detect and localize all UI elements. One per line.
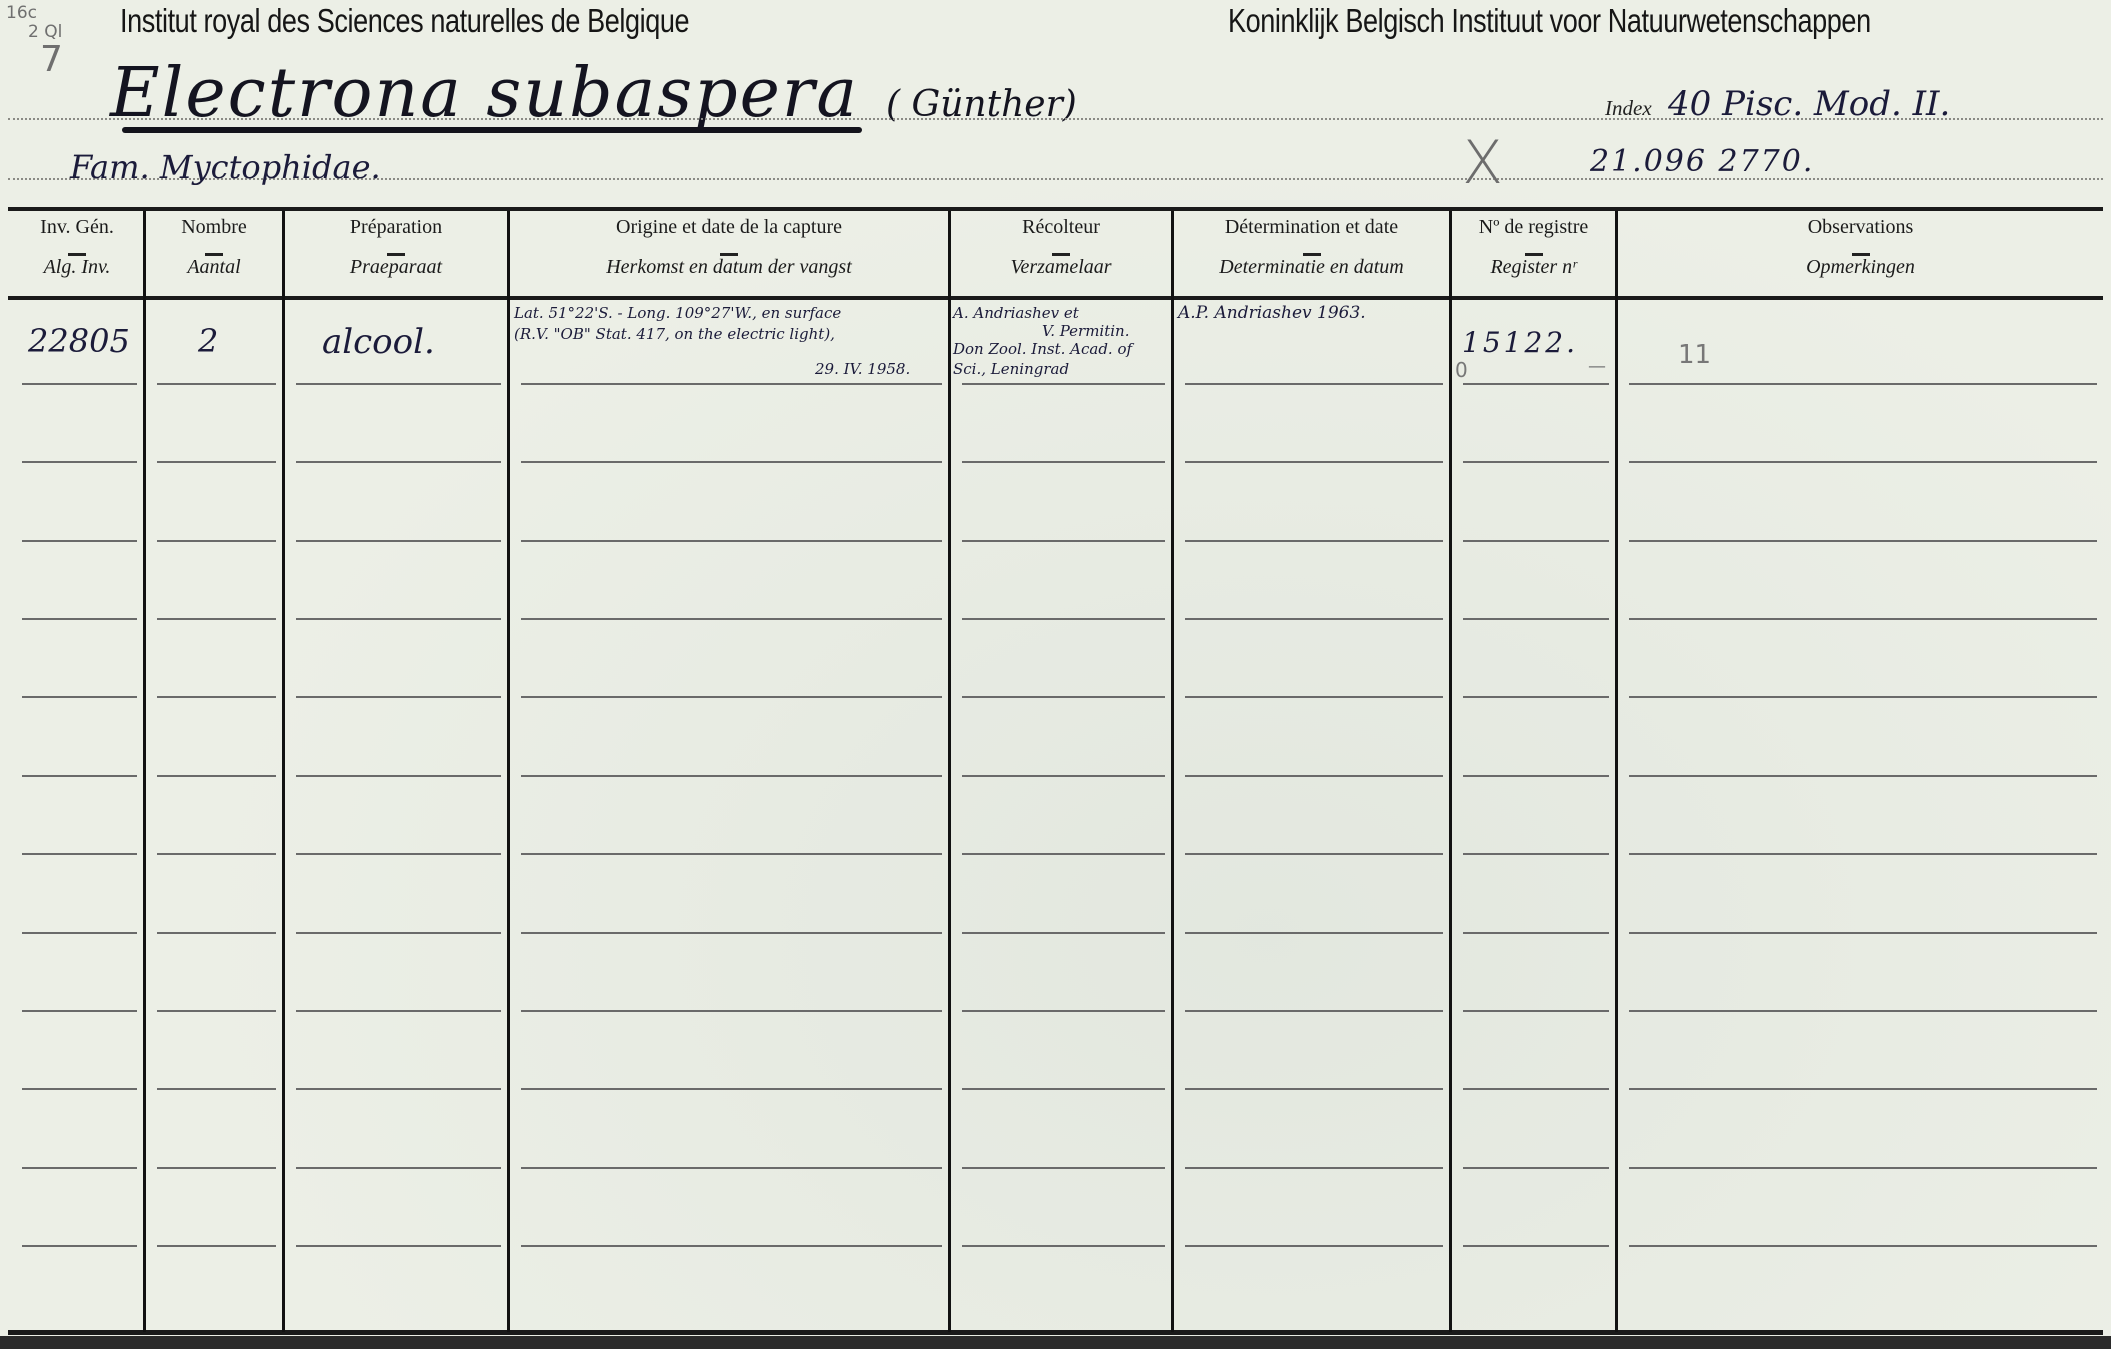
row-rule: [296, 775, 501, 777]
row-rule: [157, 775, 276, 777]
column-header-dutch: Aantal: [146, 254, 282, 280]
index-value: 40 Pisc. Mod. II.: [1668, 84, 1950, 124]
row-rule: [962, 540, 1165, 542]
row-rule: [962, 383, 1165, 385]
row-rule: [1463, 1167, 1609, 1169]
row-rule: [1463, 853, 1609, 855]
row-rule: [1185, 853, 1443, 855]
column-divider: [1449, 211, 1452, 1332]
row-rule: [1629, 1245, 2097, 1247]
row-rule: [22, 540, 137, 542]
column-header-french: Nombre: [146, 214, 282, 240]
cell-collector-line: Sci., Leningrad: [953, 360, 1069, 379]
institute-name-dutch: Koninklijk Belgisch Instituut voor Natuu…: [1228, 2, 1871, 40]
header-dash: [146, 240, 282, 254]
column-divider: [1615, 211, 1618, 1332]
row-rule: [962, 618, 1165, 620]
row-rule: [521, 461, 942, 463]
institute-name-french: Institut royal des Sciences naturelles d…: [120, 2, 689, 40]
table-top-border: [8, 207, 2103, 211]
row-rule: [521, 1167, 942, 1169]
row-rule: [157, 540, 276, 542]
row-rule: [1629, 775, 2097, 777]
row-rule: [1185, 1245, 1443, 1247]
row-rule: [1463, 1245, 1609, 1247]
row-rule: [157, 1088, 276, 1090]
row-rule: [1463, 932, 1609, 934]
cell-collector-line: A. Andriashev et: [953, 304, 1079, 323]
cell-origin-line: Lat. 51°22'S. - Long. 109°27'W., en surf…: [514, 304, 841, 323]
row-rule: [1629, 696, 2097, 698]
row-rule: [22, 1010, 137, 1012]
cell-register-pencil-mark: 0: [1455, 358, 1468, 382]
row-rule: [157, 696, 276, 698]
cell-register-number: 15122.: [1462, 326, 1578, 359]
row-rule: [22, 932, 137, 934]
row-rule: [296, 853, 501, 855]
row-rule: [1629, 853, 2097, 855]
row-rule: [962, 1088, 1165, 1090]
row-rule: [962, 775, 1165, 777]
row-rule: [521, 853, 942, 855]
row-rule: [1185, 461, 1443, 463]
column-header-french: Détermination et date: [1174, 214, 1449, 240]
column-header-dutch: Determinatie en datum: [1174, 254, 1449, 280]
column-header-french: Préparation: [285, 214, 507, 240]
cell-origin-line: (R.V. "OB" Stat. 417, on the electric li…: [514, 325, 835, 344]
column-header: ObservationsOpmerkingen: [1618, 214, 2103, 280]
row-rule: [296, 1010, 501, 1012]
header-dash: [285, 240, 507, 254]
row-rule: [962, 461, 1165, 463]
row-rule: [962, 1010, 1165, 1012]
row-rule: [157, 1010, 276, 1012]
row-rule: [1463, 540, 1609, 542]
row-rule: [521, 932, 942, 934]
column-header-french: Récolteur: [951, 214, 1171, 240]
row-rule: [1185, 1010, 1443, 1012]
row-rule: [1185, 383, 1443, 385]
header-dash: [11, 240, 143, 254]
row-rule: [22, 1167, 137, 1169]
row-rule: [22, 853, 137, 855]
row-rule: [1629, 1167, 2097, 1169]
row-rule: [1463, 461, 1609, 463]
column-header-french: Origine et date de la capture: [510, 214, 948, 240]
column-header-dutch: Alg. Inv.: [11, 254, 143, 280]
row-rule: [22, 696, 137, 698]
row-rule: [1629, 1088, 2097, 1090]
column-header: Inv. Gén.Alg. Inv.: [11, 214, 143, 280]
row-rule: [962, 1167, 1165, 1169]
cell-preparation: alcool.: [322, 322, 435, 362]
table-bottom-border: [8, 1330, 2103, 1335]
row-rule: [22, 775, 137, 777]
margin-note: 16c: [6, 4, 76, 23]
cell-count: 2: [198, 322, 218, 360]
column-divider: [948, 211, 951, 1332]
row-rule: [1185, 696, 1443, 698]
row-rule: [296, 1167, 501, 1169]
row-rule: [1629, 618, 2097, 620]
row-rule: [962, 932, 1165, 934]
cell-origin-date: 29. IV. 1958.: [815, 360, 910, 379]
row-rule: [296, 618, 501, 620]
row-rule: [1629, 932, 2097, 934]
row-rule: [1463, 775, 1609, 777]
column-header: RécolteurVerzamelaar: [951, 214, 1171, 280]
cell-inventory: 22805: [28, 322, 130, 360]
row-rule: [1185, 775, 1443, 777]
row-rule: [521, 696, 942, 698]
row-rule: [157, 618, 276, 620]
species-underline: [122, 127, 862, 133]
row-rule: [521, 540, 942, 542]
row-rule: [521, 618, 942, 620]
header-dash: [1452, 240, 1615, 254]
row-rule: [1185, 1088, 1443, 1090]
margin-note: 7: [40, 42, 76, 78]
row-rule: [1463, 1010, 1609, 1012]
column-divider: [1171, 211, 1174, 1332]
row-rule: [1629, 1010, 2097, 1012]
row-rule: [157, 1245, 276, 1247]
row-rule: [962, 696, 1165, 698]
row-rule: [157, 461, 276, 463]
row-rule: [1185, 1167, 1443, 1169]
row-rule: [1185, 540, 1443, 542]
row-rule: [157, 383, 276, 385]
row-rule: [296, 1088, 501, 1090]
column-header: Origine et date de la captureHerkomst en…: [510, 214, 948, 280]
cell-collector-line: Don Zool. Inst. Acad. of: [953, 340, 1132, 359]
row-rule: [521, 1245, 942, 1247]
row-rule: [296, 696, 501, 698]
species-name: Electrona subaspera: [110, 54, 859, 133]
row-rule: [1185, 618, 1443, 620]
row-rule: [157, 1167, 276, 1169]
column-header-dutch: Verzamelaar: [951, 254, 1171, 280]
column-header: NombreAantal: [146, 214, 282, 280]
row-rule: [1629, 383, 2097, 385]
row-rule: [296, 461, 501, 463]
cell-register-dash: —: [1588, 356, 1606, 377]
row-rule: [1185, 932, 1443, 934]
row-rule: [1463, 1088, 1609, 1090]
row-rule: [521, 383, 942, 385]
row-rule: [22, 383, 137, 385]
row-rule: [22, 1245, 137, 1247]
row-rule: [296, 932, 501, 934]
cell-observations: 11: [1678, 340, 1711, 370]
row-rule: [296, 383, 501, 385]
row-rule: [22, 618, 137, 620]
row-rule: [521, 1010, 942, 1012]
cell-collector-line: V. Permitin.: [1042, 322, 1130, 341]
row-rule: [157, 853, 276, 855]
row-rule: [22, 461, 137, 463]
row-rule: [1463, 696, 1609, 698]
row-rule: [521, 775, 942, 777]
row-rule: [1629, 461, 2097, 463]
row-rule: [296, 540, 501, 542]
column-header: Nº de registreRegister nʳ: [1452, 214, 1615, 280]
header-bottom-border: [8, 296, 2103, 300]
row-rule: [296, 1245, 501, 1247]
header-dash: [1174, 240, 1449, 254]
pencil-margin-notes: 16c 2 Ql 7: [6, 4, 76, 78]
header-dash: [951, 240, 1171, 254]
column-header-french: Nº de registre: [1452, 214, 1615, 240]
header-dash: [510, 240, 948, 254]
row-rule: [1629, 540, 2097, 542]
column-divider: [143, 211, 146, 1332]
row-rule: [962, 1245, 1165, 1247]
column-header-dutch: Praeparaat: [285, 254, 507, 280]
specimen-card: Institut royal des Sciences naturelles d…: [0, 0, 2111, 1336]
family-name: Fam. Myctophidae.: [70, 148, 381, 186]
column-header: PréparationPraeparaat: [285, 214, 507, 280]
column-header-french: Inv. Gén.: [11, 214, 143, 240]
column-header-dutch: Herkomst en datum der vangst: [510, 254, 948, 280]
row-rule: [22, 1088, 137, 1090]
column-header-french: Observations: [1618, 214, 2103, 240]
row-rule: [962, 853, 1165, 855]
column-divider: [507, 211, 510, 1332]
cell-determination: A.P. Andriashev 1963.: [1178, 304, 1366, 323]
row-rule: [521, 1088, 942, 1090]
header-dash: [1618, 240, 2103, 254]
row-rule: [157, 932, 276, 934]
row-rule: [1463, 618, 1609, 620]
column-header-dutch: Opmerkingen: [1618, 254, 2103, 280]
cross-mark: X: [1462, 128, 1503, 198]
index-label: Index: [1605, 96, 1652, 121]
column-divider: [282, 211, 285, 1332]
scan-background: [0, 1336, 2111, 1349]
row-rule: [1463, 383, 1609, 385]
register-reference: 21.096 2770.: [1590, 144, 1814, 179]
column-header: Détermination et dateDeterminatie en dat…: [1174, 214, 1449, 280]
column-header-dutch: Register nʳ: [1452, 254, 1615, 280]
